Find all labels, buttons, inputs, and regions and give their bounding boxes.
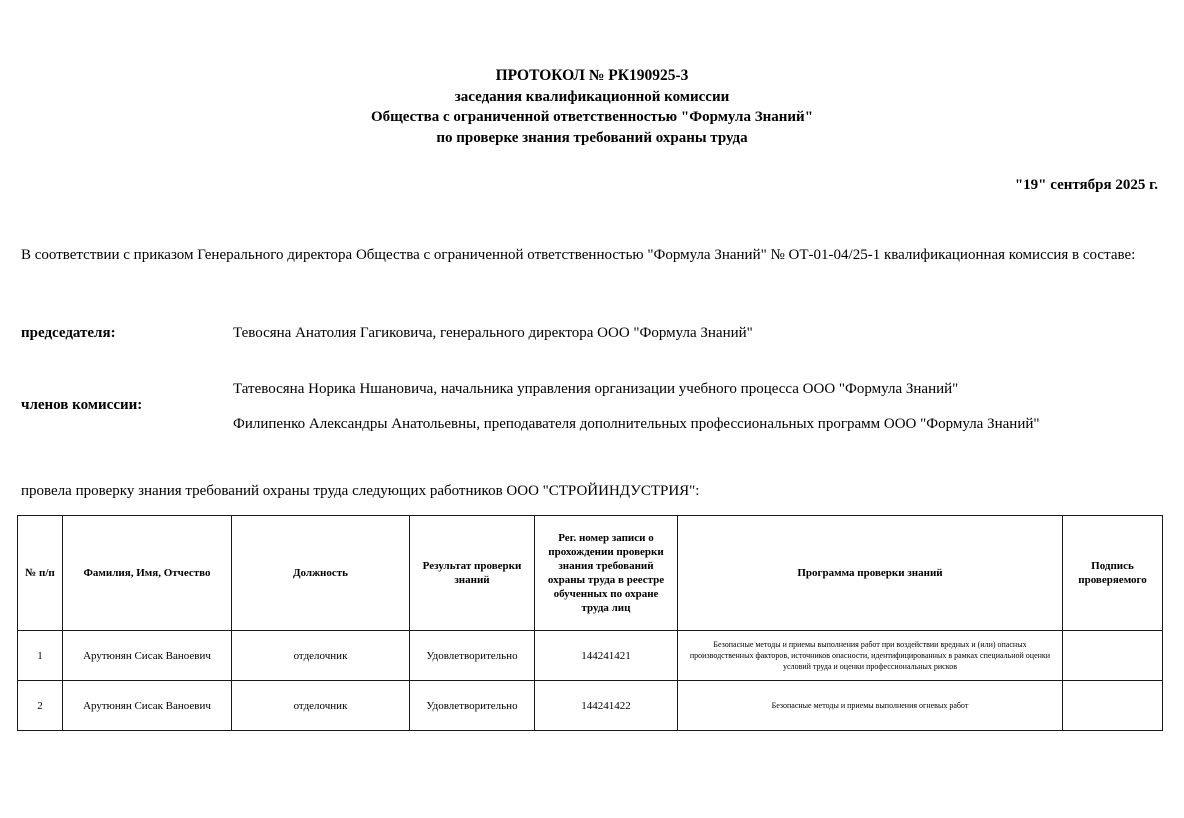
member-2: Филипенко Александры Анатольевны, препод… [233,416,1040,433]
cell-number: 2 [18,681,63,731]
cell-result: Удовлетворительно [410,631,535,681]
col-header-position: Должность [232,516,410,631]
cell-program: Безопасные методы и приемы выполнения ог… [678,681,1063,731]
cell-name: Арутюнян Сисак Ваноевич [63,631,232,681]
cell-program: Безопасные методы и приемы выполнения ра… [678,631,1063,681]
table-row: 1 Арутюнян Сисак Ваноевич отделочник Удо… [18,631,1163,681]
col-header-result: Результат проверки знаний [410,516,535,631]
col-header-name: Фамилия, Имя, Отчество [63,516,232,631]
results-table: № п/п Фамилия, Имя, Отчество Должность Р… [17,515,1163,731]
intro-paragraph: В соответствии с приказом Генерального д… [21,245,1141,265]
document-title-block: ПРОТОКОЛ № РК190925-3 заседания квалифик… [0,66,1184,148]
chair-name: Тевосяна Анатолия Гагиковича, генерально… [233,325,753,342]
col-header-signature: Подпись проверяемого [1063,516,1163,631]
cell-position: отделочник [232,631,410,681]
table-row: 2 Арутюнян Сисак Ваноевич отделочник Удо… [18,681,1163,731]
cell-signature [1063,681,1163,731]
lead-in-text: провела проверку знания требований охран… [21,483,699,500]
col-header-program: Программа проверки знаний [678,516,1063,631]
protocol-subtitle-topic: по проверке знания требований охраны тру… [0,128,1184,149]
col-header-number: № п/п [18,516,63,631]
member-1: Татевосяна Норика Ншановича, начальника … [233,381,958,398]
protocol-title: ПРОТОКОЛ № РК190925-3 [0,66,1184,87]
cell-result: Удовлетворительно [410,681,535,731]
chair-label: председателя: [21,325,116,342]
cell-signature [1063,631,1163,681]
protocol-date: "19" сентября 2025 г. [1015,177,1158,194]
members-label: членов комиссии: [21,397,142,414]
protocol-subtitle-company: Общества с ограниченной ответственностью… [0,107,1184,128]
table-header-row: № п/п Фамилия, Имя, Отчество Должность Р… [18,516,1163,631]
cell-name: Арутюнян Сисак Ваноевич [63,681,232,731]
cell-reg-number: 144241421 [535,631,678,681]
protocol-subtitle-meeting: заседания квалификационной комиссии [0,87,1184,108]
cell-reg-number: 144241422 [535,681,678,731]
cell-position: отделочник [232,681,410,731]
cell-number: 1 [18,631,63,681]
col-header-reg-number: Рег. номер записи о прохождении проверки… [535,516,678,631]
